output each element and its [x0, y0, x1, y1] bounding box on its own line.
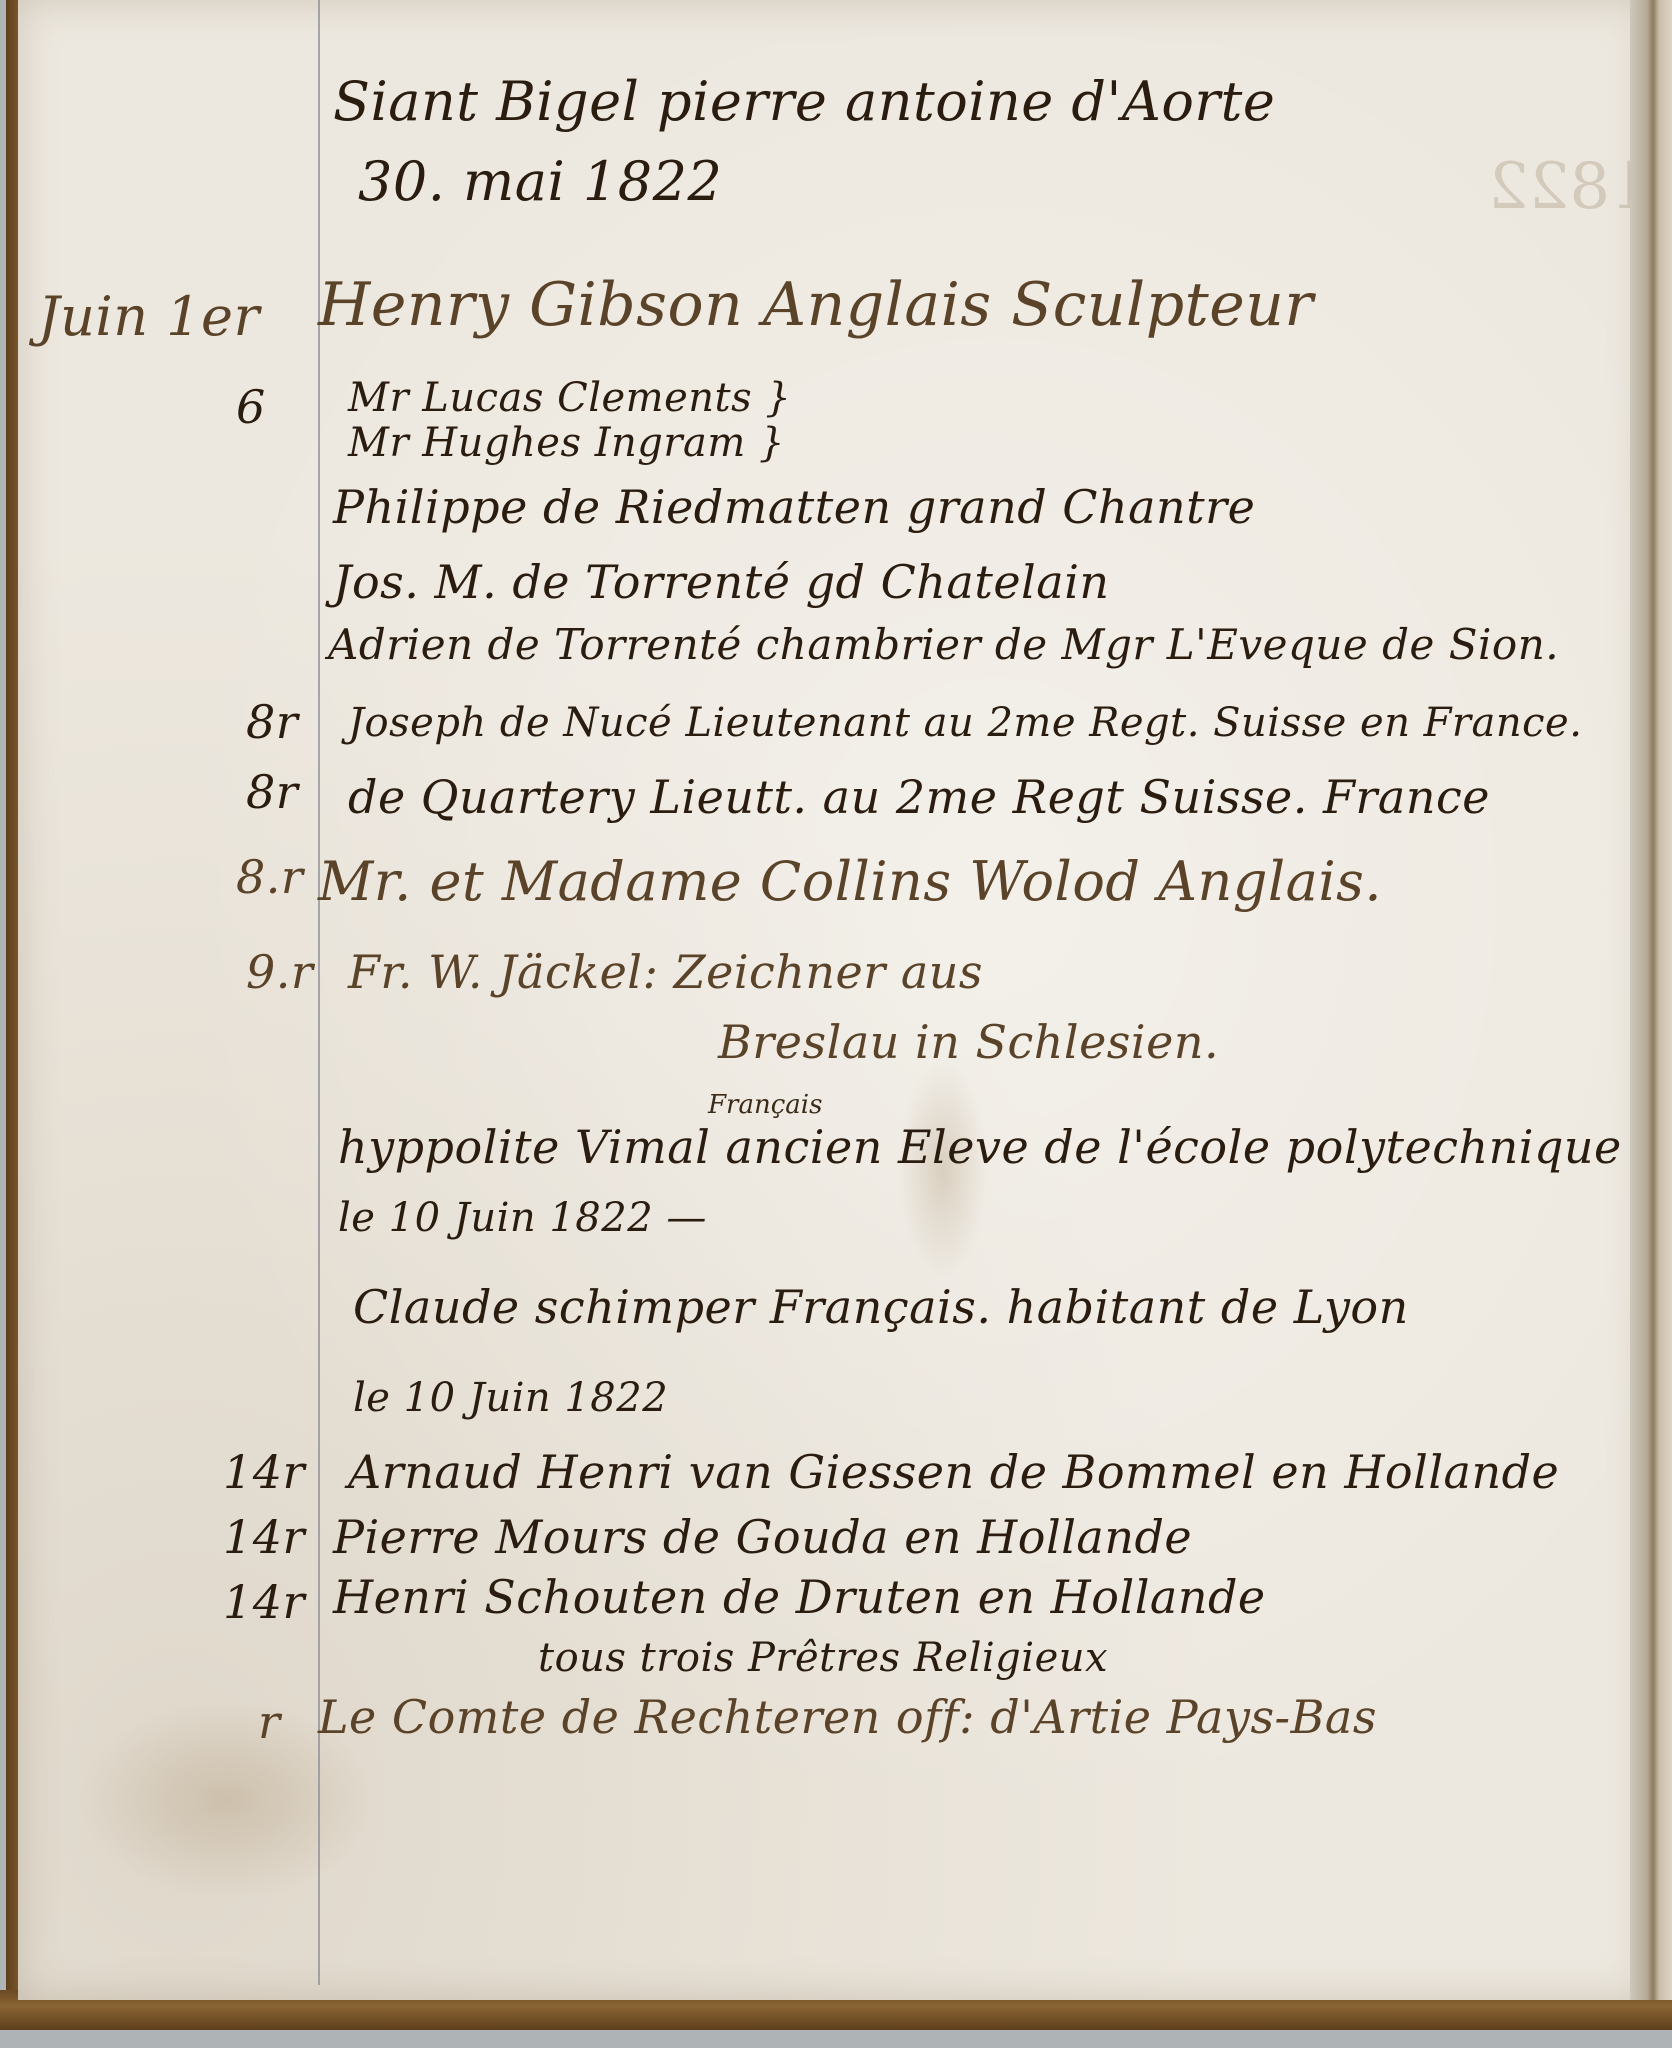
entry-text: Le Comte de Rechteren off: d'Artie Pays-… — [318, 1690, 1377, 1744]
entry-text: Breslau in Schlesien. — [718, 1015, 1219, 1069]
entry-text: Claude schimper Français. habitant de Ly… — [353, 1280, 1409, 1334]
entry-date: Juin 1er — [38, 285, 260, 348]
entry-text: hyppolite Vimal ancien Eleve de l'école … — [338, 1120, 1622, 1174]
entry-text: le 10 Juin 1822 — — [338, 1195, 707, 1241]
bleed-through-text: 1822 — [1488, 150, 1651, 224]
entry-date: 14r — [223, 1445, 305, 1499]
entry-text: Henry Gibson Anglais Sculpteur — [318, 270, 1314, 340]
entry-text: Mr. et Madame Collins Wolod Anglais. — [318, 850, 1382, 913]
entry-text: le 10 Juin 1822 — [353, 1375, 668, 1421]
entry-text: tous trois Prêtres Religieux — [538, 1635, 1108, 1681]
entry-date: 14r — [223, 1575, 305, 1629]
entry-text: Mr Lucas Clements } — [348, 375, 791, 421]
entry-date: r — [258, 1695, 281, 1749]
header-line-2: 30. mai 1822 — [358, 150, 722, 213]
entry-text: Joseph de Nucé Lieutenant au 2me Regt. S… — [348, 700, 1582, 746]
entry-text: Jos. M. de Torrenté gd Chatelain — [333, 555, 1110, 609]
entry-text: de Quartery Lieutt. au 2me Regt Suisse. … — [348, 770, 1490, 824]
entry-text: Fr. W. Jäckel: Zeichner aus — [348, 945, 983, 999]
entry-text: Adrien de Torrenté chambrier de Mgr L'Ev… — [328, 620, 1559, 669]
entry-date: 8.r — [236, 850, 303, 904]
entry-text: Pierre Mours de Gouda en Hollande — [333, 1510, 1192, 1564]
entry-text: Philippe de Riedmatten grand Chantre — [333, 480, 1255, 534]
entry-text: Arnaud Henri van Giessen de Bommel en Ho… — [348, 1445, 1559, 1499]
entry-date: 6 — [236, 380, 266, 434]
entry-date: 9.r — [246, 945, 313, 999]
register-page: 1822 Siant Bigel pierre antoine d'Aorte … — [18, 0, 1648, 2000]
entry-date: 8r — [246, 695, 298, 749]
torn-page-edge — [1630, 0, 1672, 2000]
header-line-1: Siant Bigel pierre antoine d'Aorte — [333, 70, 1275, 133]
entry-text: Henri Schouten de Druten en Hollande — [333, 1570, 1266, 1624]
entry-date: 14r — [223, 1510, 305, 1564]
entry-date: 8r — [246, 765, 298, 819]
entry-text: Mr Hughes Ingram } — [348, 420, 785, 466]
entry-superscript: Français — [708, 1090, 822, 1120]
